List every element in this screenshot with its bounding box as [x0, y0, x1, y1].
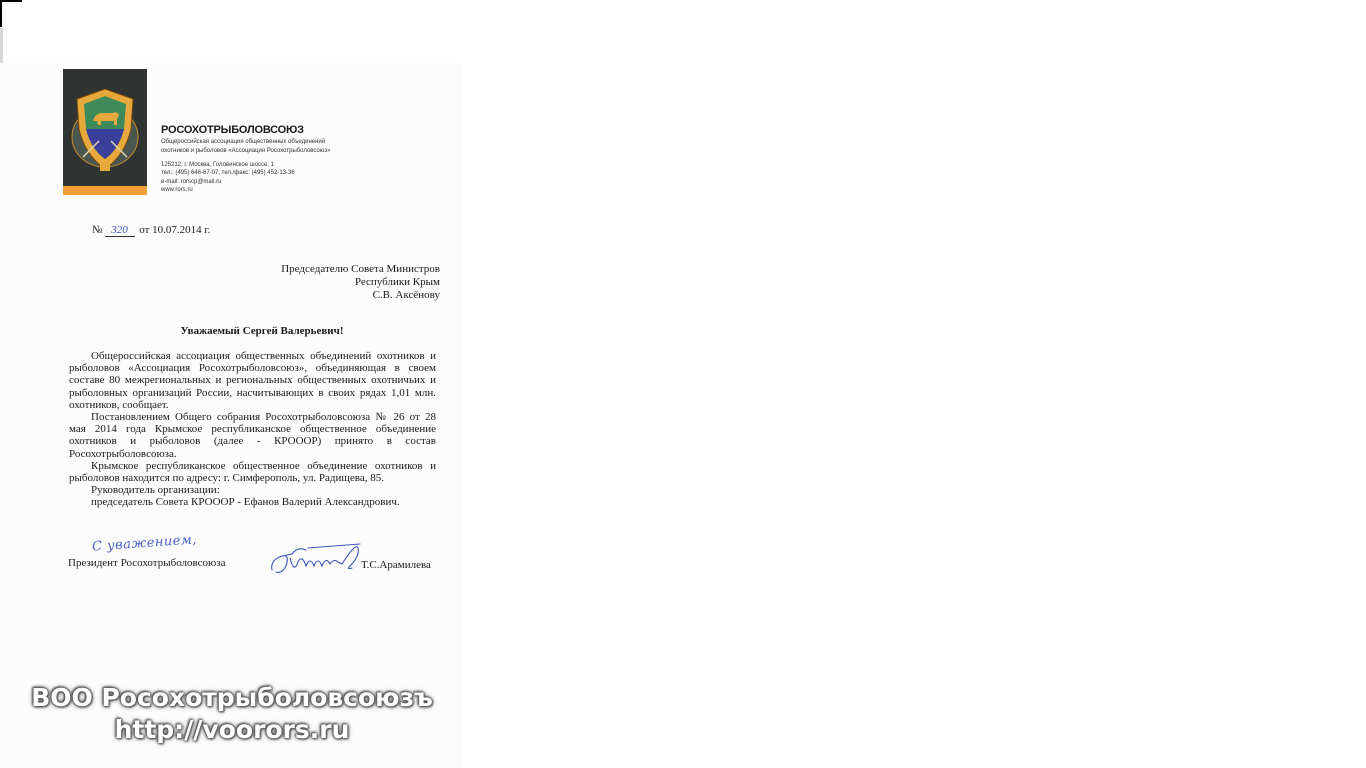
contact-phone: тел.: (495) 646-67-07, тел./факс: (495) …	[161, 169, 295, 177]
logo-stripe	[63, 186, 147, 195]
watermark-title: ВОО Росохотрыболовсоюзъ	[0, 682, 464, 714]
corner-mark	[0, 0, 2, 27]
organization-contacts: 125212, г. Москва, Головинское шоссе, 1 …	[161, 161, 295, 194]
reference-date: от 10.07.2014 г.	[139, 224, 210, 236]
body-paragraph: Постановлением Общего собрания Росохотры…	[69, 411, 436, 460]
organization-logo	[63, 69, 147, 195]
reference-prefix: №	[92, 224, 103, 236]
addressee-line: С.В. Аксёнову	[281, 289, 440, 302]
handwritten-signature-icon	[268, 540, 368, 580]
letter-body: Общероссийская ассоциация общественных о…	[69, 350, 436, 509]
org-description-line: Общероссийская ассоциация общественных о…	[161, 138, 330, 147]
organization-name: РОСОХОТРЫБОЛОВСОЮЗ	[161, 124, 304, 136]
body-paragraph: Руководитель организации:	[69, 484, 436, 496]
body-paragraph: председатель Совета КРОООР - Ефанов Вале…	[69, 496, 436, 508]
signatory-name: Т.С.Арамилева	[361, 559, 431, 571]
body-paragraph: Крымское республиканское общественное об…	[69, 460, 436, 484]
corner-mark	[0, 0, 22, 2]
corner-mark	[0, 28, 3, 64]
site-watermark: ВОО Росохотрыболовсоюзъ http://voorors.r…	[0, 682, 464, 746]
body-paragraph: Общероссийская ассоциация общественных о…	[69, 350, 436, 411]
reference-number: 320	[105, 225, 135, 237]
addressee-line: Республики Крым	[281, 276, 440, 289]
signatory-title: Президент Росохотрыболовсоюза	[68, 557, 226, 569]
salutation: Уважаемый Сергей Валерьевич!	[0, 325, 524, 337]
addressee-line: Председателю Совета Министров	[281, 263, 440, 276]
shield-bear-emblem-icon	[69, 85, 141, 175]
contact-email: e-mail: rorscp@mail.ru	[161, 178, 295, 186]
org-description-line: охотников и рыболовов «Ассоциация Росохо…	[161, 147, 330, 156]
watermark-url: http://voorors.ru	[0, 714, 464, 746]
reference-line: №320 от 10.07.2014 г.	[92, 224, 210, 237]
contact-website: www.rors.ru	[161, 186, 295, 194]
contact-address: 125212, г. Москва, Головинское шоссе, 1	[161, 161, 295, 169]
organization-description: Общероссийская ассоциация общественных о…	[161, 138, 330, 155]
addressee-block: Председателю Совета Министров Республики…	[281, 263, 440, 302]
